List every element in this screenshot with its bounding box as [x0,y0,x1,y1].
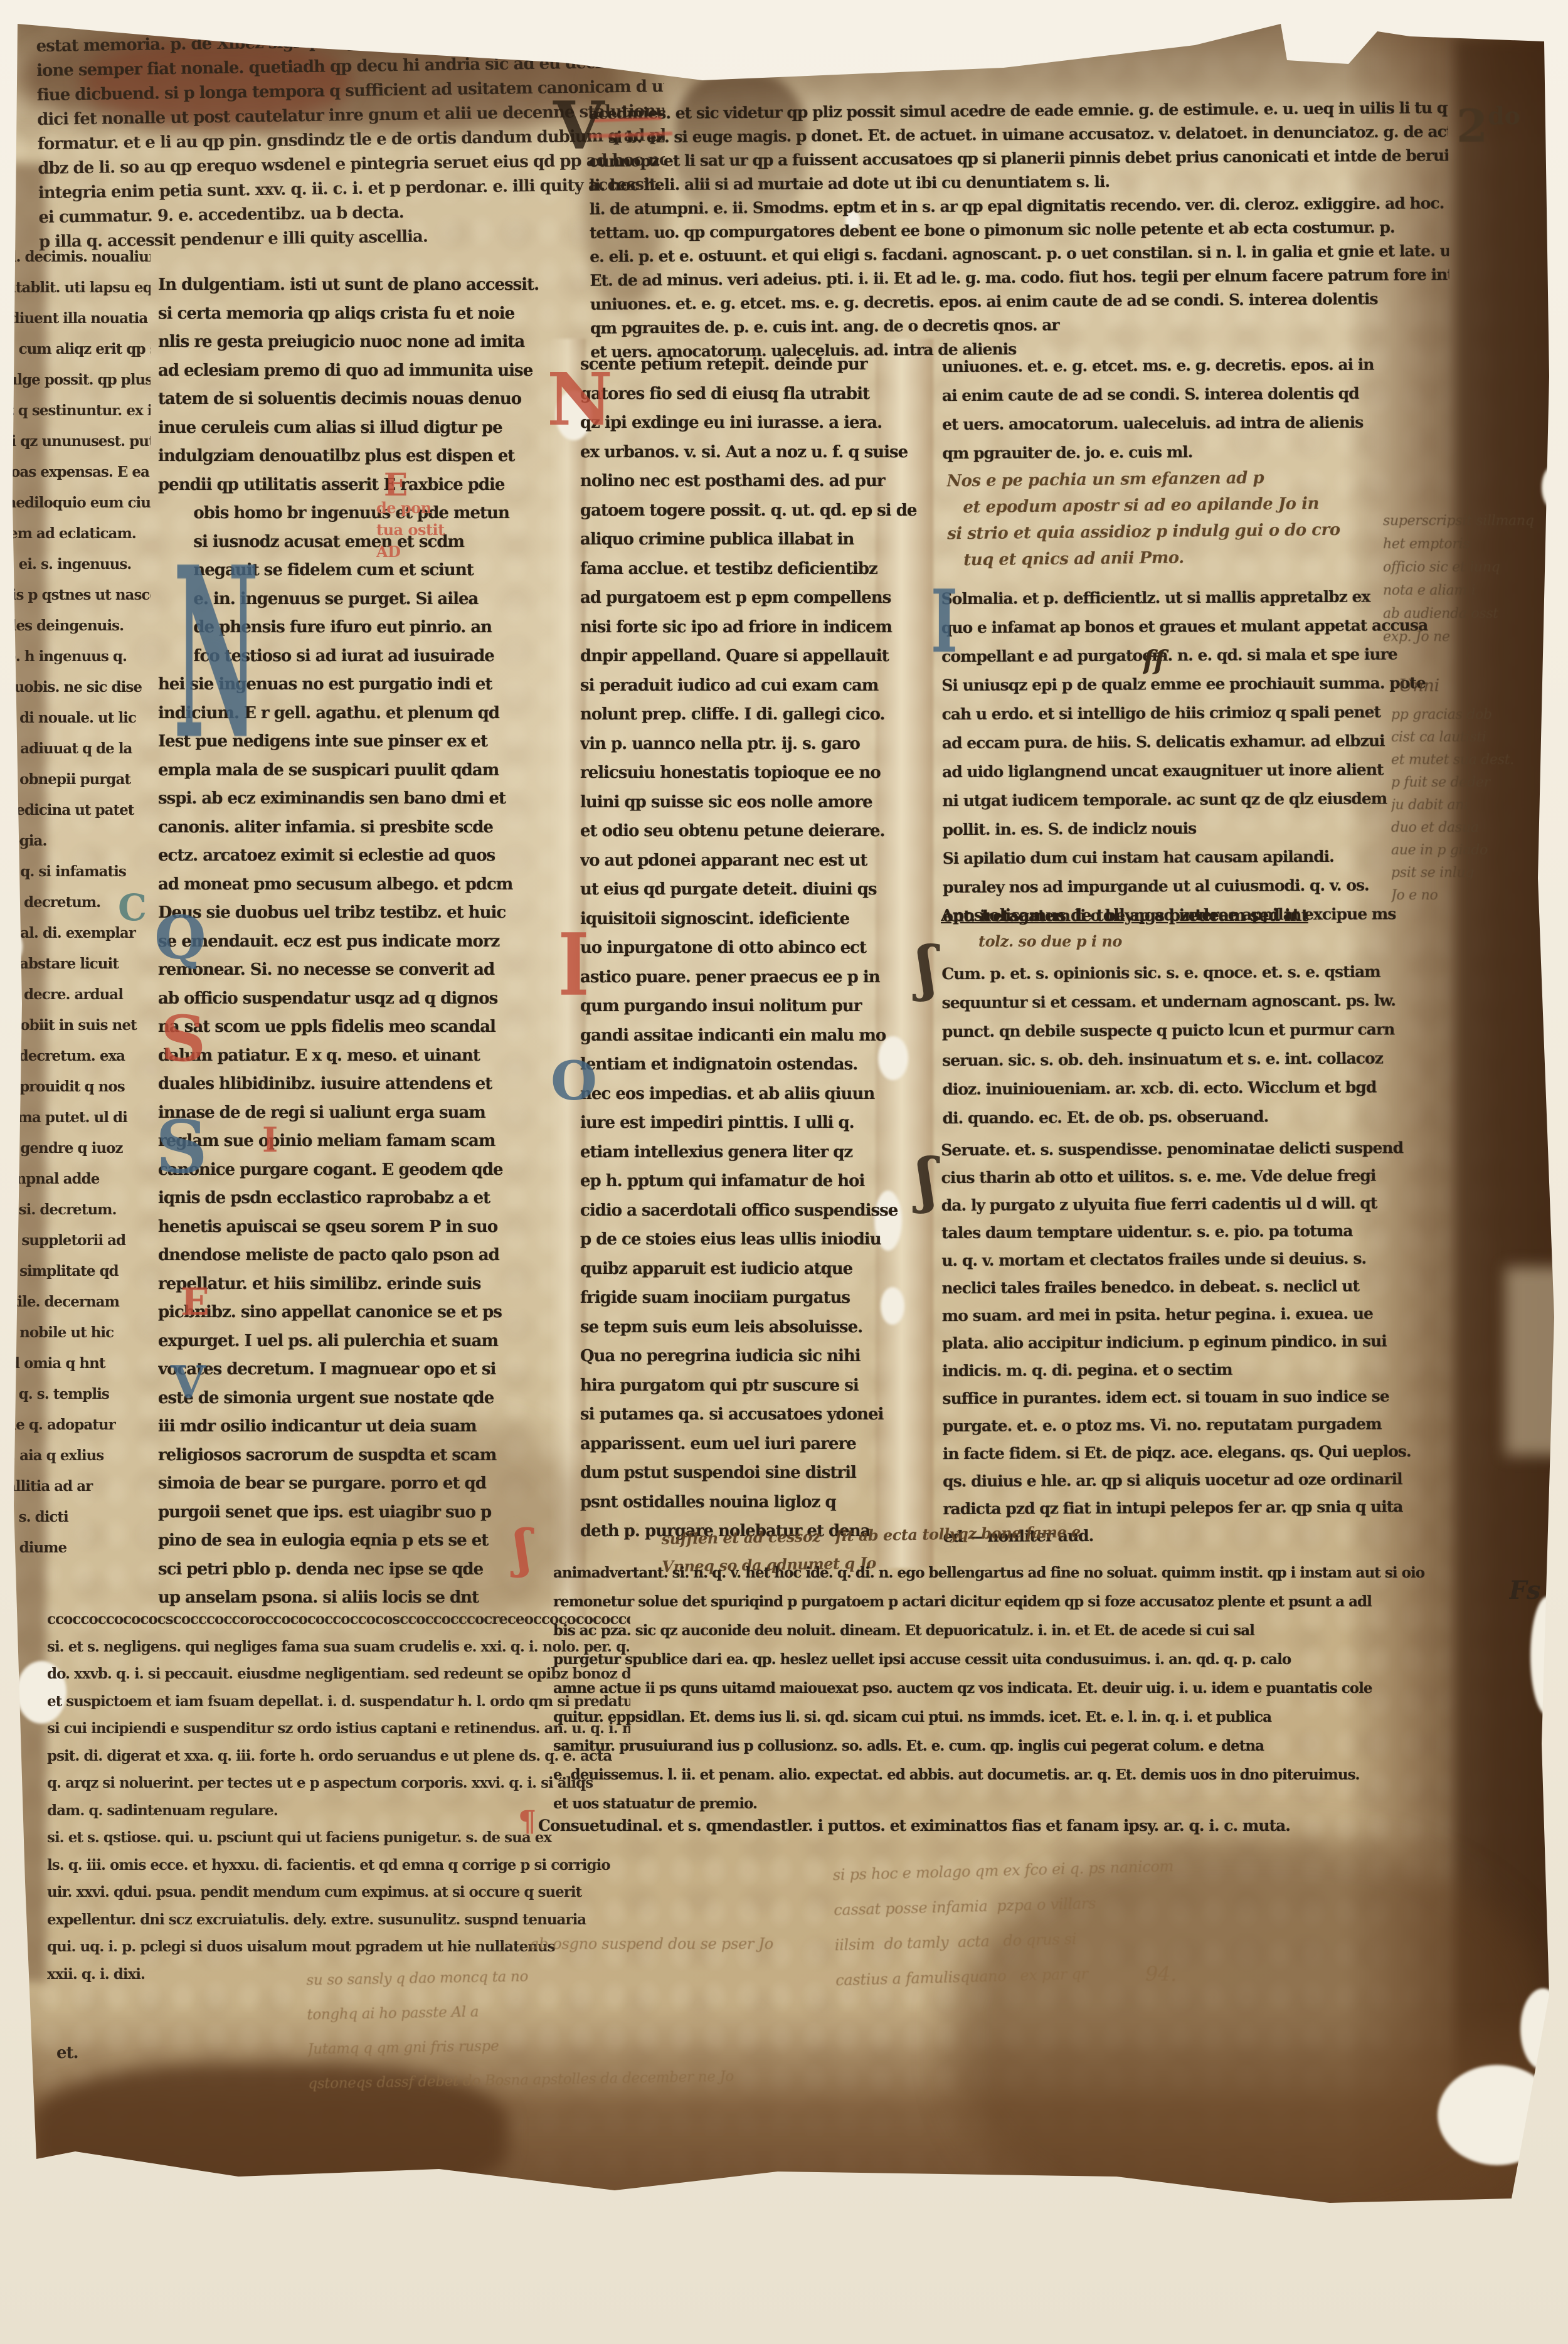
paraph-mark-cum: ʃ [917,938,936,998]
damage-left-edge-a [3,931,23,962]
top-right-text-block: acedmies. et sic videtur qp pliz possit … [589,96,1450,372]
column-1-text: In dulgentiam. isti ut sunt de plano acc… [158,271,559,1616]
damage-chip-right-edge [1530,1596,1565,1716]
right-margin-note-1: superscripsit sillmanq het emptoris offi… [1383,509,1559,654]
bottom-annotation-c: su so sansly q dao moncq ta no tonghq ai… [306,1951,1061,2114]
decorated-initial-q-blue: Q [154,908,206,968]
decorated-initial-v-blue: V [171,1360,206,1405]
decorated-initial-e-red: E [181,1283,209,1321]
decorated-initial-i-blue-col3: I [931,578,958,665]
rubric-col1: de pon tua ostit AD [376,497,483,566]
bottom-right-text-block: animadvertant. si. n. q. v. het hoc ide.… [553,1559,1425,1822]
inline-initial-e-red: E [384,469,408,501]
right-margin-note-2: pp gracias dob cist ca lautisti et mutet… [1391,704,1560,911]
decorated-initial-n-red-col2: N [547,364,613,436]
decorated-initial-v-top: V [553,93,604,159]
decorated-initial-s-red: S [161,1007,206,1070]
decorated-initial-o-blue-col2: O [551,1055,597,1108]
ff-mark: ff [1143,645,1193,682]
manuscript-photo: estat memoria. p. de Xlbez sigi quid par… [0,0,1568,2344]
folio-suffix: do [1488,102,1520,130]
column-3-section-heading: Apostolisamus de tollyngs pzedeam sed in… [941,902,1468,931]
decorated-initial-i-red-col2: I [558,922,589,1008]
damage-bottom-right-a [1438,2065,1557,2165]
bottom-left-tail-mark: et. [56,2044,107,2069]
pilcrow-consuetudinal: ¶ [518,1806,536,1835]
column-2-text: scente petium retepit. deinde pur gatore… [580,350,941,1548]
ornament-initial-c-teal: C [118,889,147,926]
right-margin-note-2-heading: Unni [1399,676,1524,701]
red-flourish-mark: ʃ [514,1523,531,1574]
fs-mark: Fs [1509,1576,1559,1613]
folio-numeral: 2 [1456,99,1488,152]
column-3-paragraph-1: uniuones. et. e. g. etcet. ms. e. g. dec… [942,350,1470,468]
column-3-paragraph-3: Cum. p. et. s. opinionis sic. s. e. qnoc… [941,957,1472,1134]
damage-chip-right-top [1542,465,1567,509]
damage-bottom-right-b [1520,1988,1565,2070]
folio-number: 2do [1456,99,1520,152]
column-3-paragraph-4: Seruate. et. s. suspendisse. penominatae… [941,1134,1473,1554]
stain-right-mid-pale [1505,1267,1568,1455]
decorated-initial-nobis: N [173,537,259,772]
column-3-section-subline: tolz. so due p i no [978,930,1292,955]
parchment-leaf: estat memoria. p. de Xlbez sigi quid par… [0,0,1568,2344]
number-94-mark: 94. [1145,1962,1202,1990]
inline-initial-i-red: I [262,1123,278,1157]
consuetudinal-line: Consuetudinal. et s. qmendastler. i putt… [538,1813,1372,1840]
decorated-initial-s-blue: S [156,1111,208,1184]
paraph-mark-seruate: ʃ [917,1150,936,1210]
